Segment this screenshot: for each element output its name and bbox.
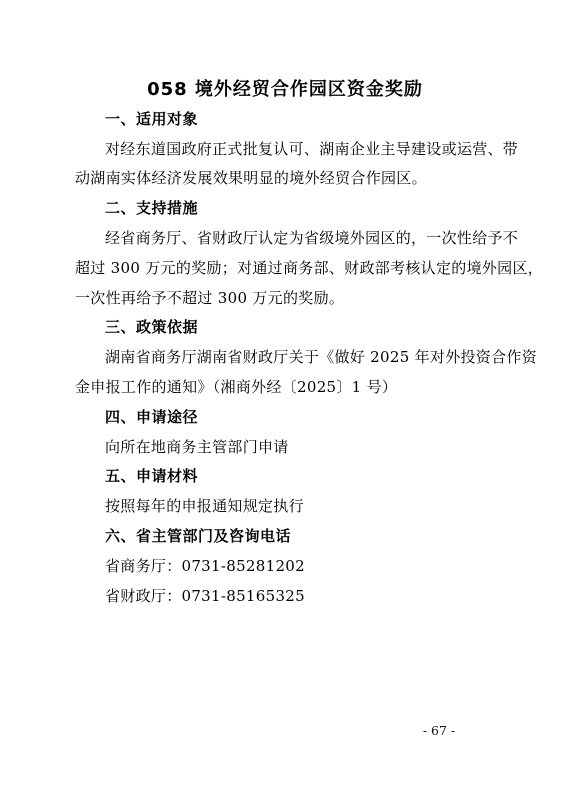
page-number: - 67 - bbox=[406, 722, 472, 740]
body-line: 一次性再给予不超过 300 万元的奖励。 bbox=[75, 284, 495, 314]
document-page: 058 境外经贸合作园区资金奖励 一、适用对象 对经东道国政府正式批复认可、湖南… bbox=[0, 0, 561, 793]
section-heading-contact-phone: 六、省主管部门及咨询电话 bbox=[75, 522, 495, 552]
body-line: 湖南省商务厅湖南省财政厅关于《做好 2025 年对外投资合作资 bbox=[75, 343, 495, 373]
section-heading-application-channel: 四、申请途径 bbox=[75, 403, 495, 433]
section-heading-support-measures: 二、支持措施 bbox=[75, 194, 495, 224]
page-title: 058 境外经贸合作园区资金奖励 bbox=[75, 75, 495, 105]
body-line: 按照每年的申报通知规定执行 bbox=[75, 492, 495, 522]
body-line: 动湖南实体经济发展效果明显的境外经贸合作园区。 bbox=[75, 164, 495, 194]
section-heading-policy-basis: 三、政策依据 bbox=[75, 313, 495, 343]
body-line: 经省商务厅、省财政厅认定为省级境外园区的，一次性给予不 bbox=[75, 224, 495, 254]
body-line: 对经东道国政府正式批复认可、湖南企业主导建设或运营、带 bbox=[75, 135, 495, 165]
section-heading-applicable-targets: 一、适用对象 bbox=[75, 105, 495, 135]
body-line-finance-phone: 省财政厅：0731-85165325 bbox=[75, 582, 495, 612]
document-content: 058 境外经贸合作园区资金奖励 一、适用对象 对经东道国政府正式批复认可、湖南… bbox=[75, 75, 495, 611]
body-line: 金申报工作的通知》（湘商外经〔2025〕1 号） bbox=[75, 373, 495, 403]
section-heading-application-materials: 五、申请材料 bbox=[75, 462, 495, 492]
body-line-commerce-phone: 省商务厅：0731-85281202 bbox=[75, 552, 495, 582]
body-line: 超过 300 万元的奖励；对通过商务部、财政部考核认定的境外园区， bbox=[75, 254, 495, 284]
body-line: 向所在地商务主管部门申请 bbox=[75, 433, 495, 463]
